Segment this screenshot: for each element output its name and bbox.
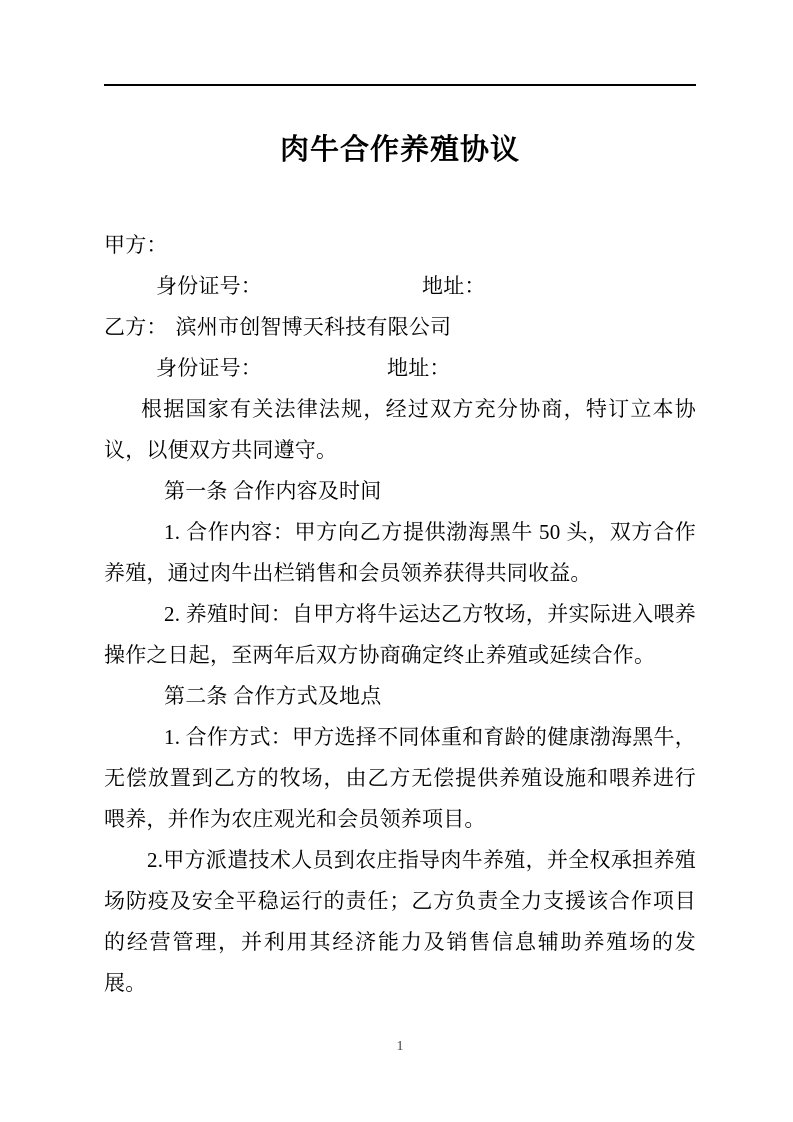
- party-b-label: 乙方：: [104, 315, 168, 339]
- article2-item2: 2.甲方派遣技术人员到农庄指导肉牛养殖，并全权承担养殖场防疫及安全平稳运行的责任…: [104, 840, 696, 1004]
- party-a-label: 甲方：: [104, 233, 168, 257]
- document-title: 肉牛合作养殖协议: [104, 129, 696, 171]
- preamble-paragraph: 根据国家有关法律法规，经过双方充分协商，特订立本协议，以便双方共同遵守。: [104, 389, 696, 471]
- article1-item2: 2. 养殖时间：自甲方将牛运达乙方牧场，并实际进入喂养操作之日起，至两年后双方协…: [104, 594, 696, 676]
- id-address-line-1: 身份证号：地址：: [104, 266, 696, 307]
- article2-heading: 第二条 合作方式及地点: [104, 676, 696, 717]
- party-b-name: 滨州市创智博天科技有限公司: [176, 315, 452, 339]
- id-address-line-2: 身份证号：地址：: [104, 348, 696, 389]
- article2-item1: 1. 合作方式：甲方选择不同体重和育龄的健康渤海黑牛，无偿放置到乙方的牧场，由乙…: [104, 717, 696, 840]
- document-page: 肉牛合作养殖协议 甲方： 身份证号：地址： 乙方：滨州市创智博天科技有限公司 身…: [0, 0, 793, 1122]
- document-body: 甲方： 身份证号：地址： 乙方：滨州市创智博天科技有限公司 身份证号：地址： 根…: [104, 225, 696, 1004]
- header-rule: [104, 84, 696, 86]
- page-number: 1: [397, 1039, 404, 1054]
- address-label-2: 地址：: [387, 356, 451, 380]
- article1-heading: 第一条 合作内容及时间: [104, 471, 696, 512]
- address-label-1: 地址：: [422, 274, 486, 298]
- id-label-1: 身份证号：: [156, 274, 262, 298]
- id-label-2: 身份证号：: [156, 356, 262, 380]
- party-a-line: 甲方：: [104, 225, 696, 266]
- page-footer: 1: [104, 1038, 696, 1056]
- article1-item1: 1. 合作内容：甲方向乙方提供渤海黑牛 50 头，双方合作养殖，通过肉牛出栏销售…: [104, 512, 696, 594]
- party-b-line: 乙方：滨州市创智博天科技有限公司: [104, 307, 696, 348]
